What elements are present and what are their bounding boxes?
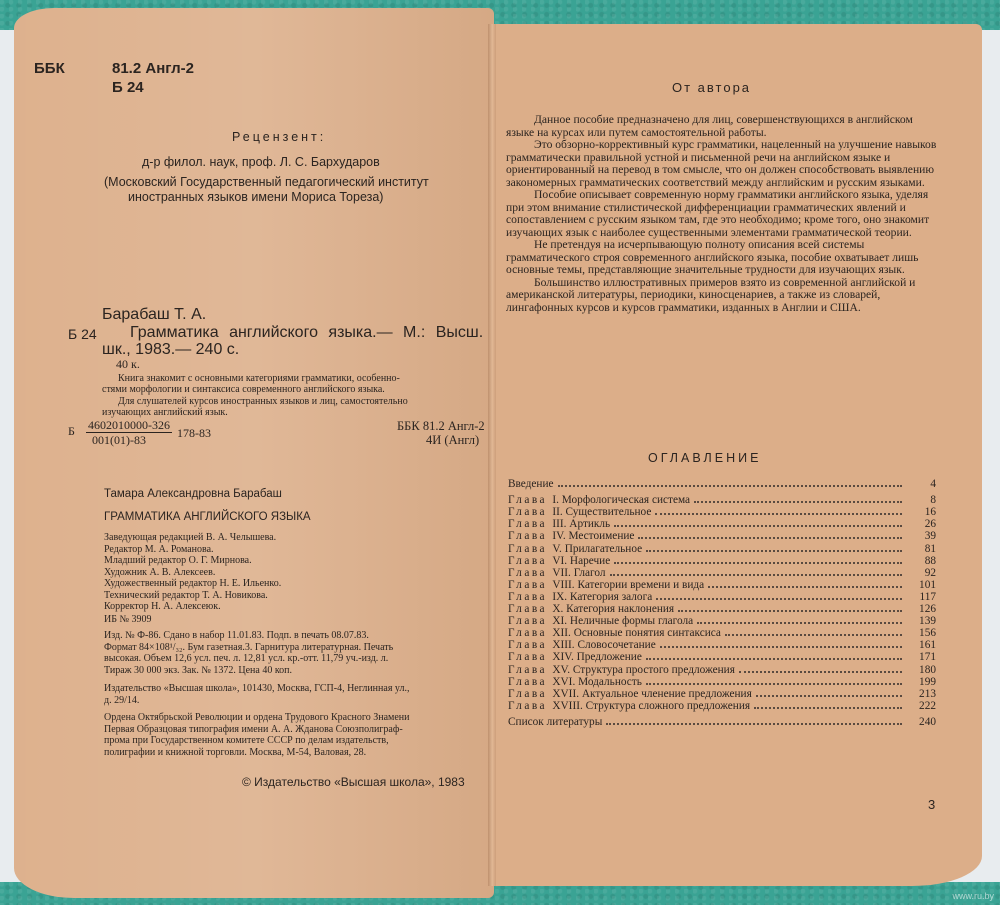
bbk-bottom-line-1: ББК 81.2 Англ-2 [397,420,485,433]
toc-entry-page: 213 [906,688,936,700]
toc-leader-dots [708,586,902,588]
publisher-line: д. 29/14. [104,695,409,707]
toc-entry-label: Глава XII. Основные понятия синтаксиса [508,627,723,639]
bbk-bottom-line-2: 4И (Англ) [426,434,479,447]
toc-entry-page: 26 [906,518,936,530]
toc-entry: Список литературы240 [508,716,936,728]
printer-line: Первая Образцовая типография имени А. А.… [104,724,410,736]
author-full-name: Тамара Александровна Барабаш [104,488,282,500]
printer-line: прома при Государственном комитете СССР … [104,735,410,747]
annotation-line-4: изучающих английский язык. [102,407,228,419]
toc-leader-dots [614,525,902,527]
toc-entry: Глава XVIII. Структура сложного предложе… [508,700,936,712]
toc-entry: Глава VI. Наречие88 [508,555,936,567]
code-prefix: Б [68,425,75,438]
toc-entry-label: Введение [508,478,556,490]
imprint-line: Формат 84×108¹/₃₂. Бум газетная.3. Гарни… [104,642,393,654]
bbk-label: ББК [34,60,65,77]
credit-line: Заведующая редакцией В. А. Челышева. [104,532,281,544]
toc-entry-page: 88 [906,555,936,567]
toc-entry-label: Глава XVI. Модальность [508,676,644,688]
toc-entry-label: Глава XVIII. Структура сложного предложе… [508,700,752,712]
toc-entry: Глава IX. Категория залога117 [508,591,936,603]
toc-entry-page: 8 [906,494,936,506]
preface-paragraph: Это обзорно-коррективный курс грамматики… [506,139,942,189]
credit-line: Младший редактор О. Г. Мирнова. [104,555,281,567]
toc-entry-label: Глава VIII. Категории времени и вида [508,579,706,591]
bbk-code: 81.2 Англ-2 [112,60,194,77]
toc-leader-dots [606,723,902,725]
printer-line: полиграфии и книжной торговли. Москва, М… [104,747,410,759]
toc-entry-label: Глава XIII. Словосочетание [508,639,658,651]
toc-entry-page: 171 [906,651,936,663]
toc-entry-page: 156 [906,627,936,639]
code-suffix: 178-83 [177,427,211,440]
toc-leader-dots [646,550,902,552]
toc-leader-dots [660,646,902,648]
toc-entry: Введение4 [508,478,936,490]
price: 40 к. [116,358,140,371]
reviewer-org-line-1: (Московский Государственный педагогическ… [104,175,429,190]
credit-line: Редактор М. А. Романова. [104,544,281,556]
toc-title: ОГЛАВЛЕНИЕ [648,451,761,465]
toc-leader-dots [739,671,902,673]
code-numerator: 4602010000-326 [86,419,172,433]
toc-entry-label: Глава VI. Наречие [508,555,612,567]
toc-entry: Глава VII. Глагол92 [508,567,936,579]
toc-entry: Глава I. Морфологическая система8 [508,494,936,506]
toc-entry-label: Глава XIV. Предложение [508,651,644,663]
toc-leader-dots [558,485,902,487]
toc-leader-dots [646,683,902,685]
publisher-block: Издательство «Высшая школа», 101430, Мос… [104,683,409,706]
toc-entry-page: 199 [906,676,936,688]
printer-block: Ордена Октябрьской Революции и ордена Тр… [104,712,410,758]
toc-leader-dots [756,695,902,697]
credit-line: Корректор Н. А. Алексеюк. [104,601,281,613]
toc-entry: Глава XVI. Модальность199 [508,676,936,688]
ib-number: ИБ № 3909 [104,614,152,626]
preface-paragraph: Большинство иллюстративных примеров взят… [506,277,942,315]
toc-entry: Глава III. Артикль26 [508,518,936,530]
toc-entry-page: 222 [906,700,936,712]
code-denominator: 001(01)-83 [92,434,146,447]
reviewer-org-line-2: иностранных языков имени Мориса Тореза) [128,190,383,205]
toc-entry-page: 161 [906,639,936,651]
toc-entry: Глава XII. Основные понятия синтаксиса15… [508,627,936,639]
toc-entry-label: Глава VII. Глагол [508,567,608,579]
toc-entry: Глава XIV. Предложение171 [508,651,936,663]
toc-entry: Глава XIII. Словосочетание161 [508,639,936,651]
toc-entry-label: Глава V. Прилагательное [508,543,644,555]
toc-entry-page: 92 [906,567,936,579]
preface-body: Данное пособие предназначено для лиц, со… [506,114,942,314]
annotation-line-1: Книга знакомит с основными категориями г… [118,373,400,385]
book-title-caps: ГРАММАТИКА АНГЛИЙСКОГО ЯЗЫКА [104,511,311,523]
publisher-line: Издательство «Высшая школа», 101430, Мос… [104,683,409,695]
imprint-line: Тираж 30 000 экз. Зак. № 1372. Цена 40 к… [104,665,393,677]
catalog-index: Б 24 [68,326,97,342]
reviewer-title: Рецензент: [232,130,326,145]
preface-paragraph: Пособие описывает современную норму грам… [506,189,942,239]
toc-entry: Глава XV. Структура простого предложения… [508,664,936,676]
toc-entry-page: 240 [906,716,936,728]
toc-entry-label: Глава II. Существительное [508,506,653,518]
toc-leader-dots [678,610,902,612]
toc-entry: Глава II. Существительное16 [508,506,936,518]
reviewer-name: д-р филол. наук, проф. Л. С. Бархударов [142,155,380,170]
toc-entry-label: Глава X. Категория наклонения [508,603,676,615]
toc-entry: Глава X. Категория наклонения126 [508,603,936,615]
toc-entry-label: Глава IX. Категория залога [508,591,654,603]
credit-line: Художник А. В. Алексеев. [104,567,281,579]
toc-leader-dots [646,658,902,660]
toc-entry-page: 81 [906,543,936,555]
preface-paragraph: Данное пособие предназначено для лиц, со… [506,114,942,139]
toc-entry-page: 4 [906,478,936,490]
annotation-line-2: стями морфологии и синтаксиса современно… [102,384,385,396]
toc-leader-dots [655,513,902,515]
toc-entry-page: 39 [906,530,936,542]
toc-entry-page: 117 [906,591,936,603]
imprint-line: высокая. Объем 12,6 усл. печ. л. 12,81 у… [104,653,393,665]
toc-leader-dots [638,537,902,539]
toc-entry-page: 101 [906,579,936,591]
toc-entry-page: 16 [906,506,936,518]
credits-list: Заведующая редакцией В. А. Челышева.Реда… [104,532,281,613]
preface-title: От автора [672,80,751,95]
toc-entry-label: Глава XV. Структура простого предложения [508,664,737,676]
toc-entry-page: 180 [906,664,936,676]
title-line-1: Грамматика английского языка.— М.: Высш. [130,324,483,342]
toc-entry-page: 139 [906,615,936,627]
toc-leader-dots [694,501,902,503]
toc-entry-label: Глава XVII. Актуальное членение предложе… [508,688,754,700]
page-number: 3 [928,797,935,812]
toc-entry: Глава XI. Неличные формы глагола139 [508,615,936,627]
credit-line: Художественный редактор Н. Е. Ильенко. [104,578,281,590]
annotation-line-3: Для слушателей курсов иностранных языков… [118,396,408,408]
credit-line: Технический редактор Т. А. Новикова. [104,590,281,602]
toc-leader-dots [610,574,902,576]
toc-entry: Глава V. Прилагательное81 [508,543,936,555]
toc-leader-dots [614,562,902,564]
book-spine [488,24,496,886]
bbk-index: Б 24 [112,79,144,96]
toc-entry: Глава VIII. Категории времени и вида101 [508,579,936,591]
toc-leader-dots [754,707,902,709]
toc-leader-dots [697,622,902,624]
imprint-line: Изд. № Ф-86. Сдано в набор 11.01.83. Под… [104,630,393,642]
toc-entry-page: 126 [906,603,936,615]
toc-entry-label: Глава XI. Неличные формы глагола [508,615,695,627]
toc-leader-dots [725,634,902,636]
toc-leader-dots [656,598,902,600]
printer-line: Ордена Октябрьской Революции и ордена Тр… [104,712,410,724]
toc-entry-label: Список литературы [508,716,604,728]
toc-entry-label: Глава I. Морфологическая система [508,494,692,506]
author-short: Барабаш Т. А. [102,306,206,324]
toc-entry-label: Глава IV. Местоимение [508,530,636,542]
copyright: © Издательство «Высшая школа», 1983 [242,775,465,789]
imprint-block: Изд. № Ф-86. Сдано в набор 11.01.83. Под… [104,630,393,676]
watermark: www.ru.by [952,891,994,901]
preface-paragraph: Не претендуя на исчерпывающую полноту оп… [506,239,942,277]
toc-entry: Глава IV. Местоимение39 [508,530,936,542]
toc-entry: Глава XVII. Актуальное членение предложе… [508,688,936,700]
toc-entry-label: Глава III. Артикль [508,518,612,530]
